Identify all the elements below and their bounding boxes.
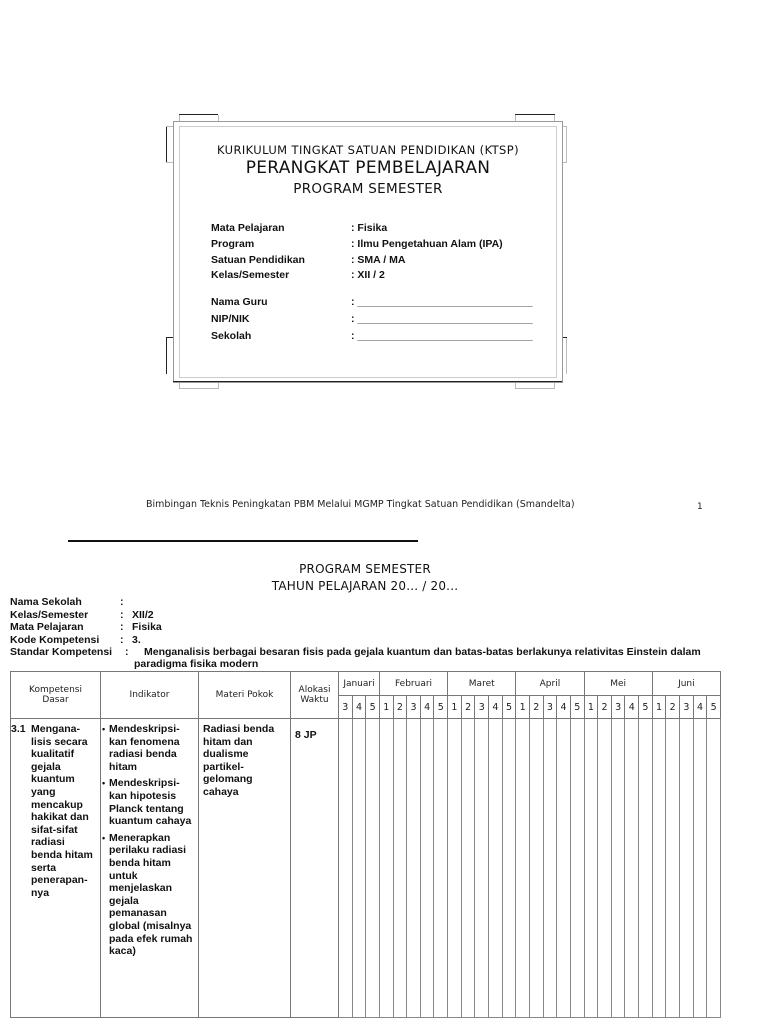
indikator-item: •Menerapkan perilaku radiasi benda hitam… xyxy=(103,832,196,958)
field-label: Program xyxy=(211,238,254,250)
schedule-cell[interactable] xyxy=(707,719,721,1018)
week-header: 1 xyxy=(448,696,462,719)
schedule-cell[interactable] xyxy=(584,719,598,1018)
week-header: 4 xyxy=(352,696,366,719)
alokasi-waktu-cell: 8 JP xyxy=(291,719,339,1018)
field-value-blank: : ______________________________ xyxy=(351,313,533,325)
indikator-item: •Mendeskripsi-kan fenomena radiasi benda… xyxy=(103,723,196,773)
month-header-mei: Mei xyxy=(584,672,652,696)
field-value: : Ilmu Pengetahuan Alam (IPA) xyxy=(351,238,503,250)
schedule-cell[interactable] xyxy=(652,719,666,1018)
section-divider xyxy=(68,540,418,542)
schedule-cell[interactable] xyxy=(625,719,639,1018)
schedule-cell[interactable] xyxy=(693,719,707,1018)
month-header-januari: Januari xyxy=(339,672,380,696)
schedule-cell[interactable] xyxy=(680,719,694,1018)
schedule-cell[interactable] xyxy=(475,719,489,1018)
schedule-cell[interactable] xyxy=(420,719,434,1018)
schedule-cell[interactable] xyxy=(639,719,653,1018)
week-header: 4 xyxy=(557,696,571,719)
kd-text: Mengana-lisis secara kualitatif gejala k… xyxy=(31,723,98,899)
field-label: Kelas/Semester xyxy=(211,269,289,281)
schedule-cell[interactable] xyxy=(366,719,380,1018)
week-header: 2 xyxy=(666,696,680,719)
week-header: 5 xyxy=(434,696,448,719)
week-header: 3 xyxy=(611,696,625,719)
schedule-cell[interactable] xyxy=(543,719,557,1018)
schedule-cell[interactable] xyxy=(489,719,503,1018)
meta-value: XII/2 xyxy=(132,609,154,621)
bullet-icon: • xyxy=(102,777,105,790)
month-header-april: April xyxy=(516,672,584,696)
cover-main-title: PERANGKAT PEMBELAJARAN xyxy=(173,158,563,178)
meta-colon: : xyxy=(125,646,129,658)
field-value-blank: : ______________________________ xyxy=(351,330,533,342)
field-value: : Fisika xyxy=(351,222,387,234)
week-header: 1 xyxy=(652,696,666,719)
header-kompetensi-dasar: Kompetensi Dasar xyxy=(11,672,101,719)
meta-label: Mata Pelajaran xyxy=(10,621,84,633)
month-header-juni: Juni xyxy=(652,672,720,696)
month-header-februari: Februari xyxy=(379,672,447,696)
bullet-icon: • xyxy=(102,832,105,845)
week-header: 5 xyxy=(502,696,516,719)
meta-colon: : xyxy=(120,609,124,621)
indikator-text: Menerapkan perilaku radiasi benda hitam … xyxy=(109,832,192,957)
month-header-row: Kompetensi Dasar Indikator Materi Pokok … xyxy=(11,672,721,696)
meta-value: Fisika xyxy=(132,621,162,633)
week-header: 1 xyxy=(584,696,598,719)
cover-subtitle: PROGRAM SEMESTER xyxy=(173,181,563,197)
week-header: 4 xyxy=(625,696,639,719)
header-materi-pokok: Materi Pokok xyxy=(199,672,291,719)
meta-label: Kode Kompetensi xyxy=(10,634,99,646)
meta-colon: : xyxy=(120,596,124,608)
week-header: 5 xyxy=(639,696,653,719)
week-header: 2 xyxy=(393,696,407,719)
page-number: 1 xyxy=(697,502,703,512)
meta-label: Standar Kompetensi xyxy=(10,646,112,658)
field-label: Nama Guru xyxy=(211,296,268,308)
indikator-item: •Mendeskripsi-kan hipotesis Planck tenta… xyxy=(103,777,196,827)
kompetensi-dasar-cell: 3.1 Mengana-lisis secara kualitatif geja… xyxy=(11,719,101,1018)
program-semester-title: PROGRAM SEMESTER xyxy=(0,562,730,576)
schedule-cell[interactable] xyxy=(611,719,625,1018)
field-value: : SMA / MA xyxy=(351,254,405,266)
schedule-cell[interactable] xyxy=(666,719,680,1018)
field-value: : XII / 2 xyxy=(351,269,385,281)
materi-pokok-cell: Radiasi benda hitam dan dualisme partike… xyxy=(199,719,291,1018)
schedule-cell[interactable] xyxy=(407,719,421,1018)
header-alokasi-waktu: Alokasi Waktu xyxy=(291,672,339,719)
indikator-text: Mendeskripsi-kan fenomena radiasi benda … xyxy=(109,723,180,773)
week-header: 3 xyxy=(339,696,353,719)
indikator-cell: •Mendeskripsi-kan fenomena radiasi benda… xyxy=(101,719,199,1018)
schedule-cell[interactable] xyxy=(529,719,543,1018)
field-label: Satuan Pendidikan xyxy=(211,254,305,266)
schedule-cell[interactable] xyxy=(434,719,448,1018)
meta-label: Kelas/Semester xyxy=(10,609,88,621)
table-row: 3.1 Mengana-lisis secara kualitatif geja… xyxy=(11,719,721,1018)
field-label: Sekolah xyxy=(211,330,251,342)
schedule-cell[interactable] xyxy=(379,719,393,1018)
field-value-blank: : ______________________________ xyxy=(351,296,533,308)
page-footer-text: Bimbingan Teknis Peningkatan PBM Melalui… xyxy=(146,499,575,510)
week-header: 5 xyxy=(570,696,584,719)
meta-label: Nama Sekolah xyxy=(10,596,82,608)
week-header: 5 xyxy=(366,696,380,719)
week-header: 3 xyxy=(407,696,421,719)
week-header: 5 xyxy=(707,696,721,719)
schedule-cell[interactable] xyxy=(461,719,475,1018)
week-header: 3 xyxy=(680,696,694,719)
meta-value-continued: paradigma fisika modern xyxy=(134,658,258,670)
schedule-cell[interactable] xyxy=(339,719,353,1018)
schedule-cell[interactable] xyxy=(557,719,571,1018)
cover-curriculum-title: KURIKULUM TINGKAT SATUAN PENDIDIKAN (KTS… xyxy=(173,143,563,157)
week-header: 4 xyxy=(489,696,503,719)
meta-colon: : xyxy=(120,634,124,646)
field-label: NIP/NIK xyxy=(211,313,250,325)
week-header: 4 xyxy=(420,696,434,719)
week-header: 1 xyxy=(516,696,530,719)
week-header: 3 xyxy=(543,696,557,719)
week-header: 3 xyxy=(475,696,489,719)
week-header: 2 xyxy=(598,696,612,719)
month-header-maret: Maret xyxy=(448,672,516,696)
schedule-cell[interactable] xyxy=(598,719,612,1018)
field-label: Mata Pelajaran xyxy=(211,222,285,234)
academic-year-title: TAHUN PELAJARAN 20... / 20... xyxy=(0,579,730,593)
week-header: 2 xyxy=(461,696,475,719)
bullet-icon: • xyxy=(102,723,105,736)
week-header: 2 xyxy=(529,696,543,719)
schedule-cell[interactable] xyxy=(516,719,530,1018)
indikator-text: Mendeskripsi-kan hipotesis Planck tentan… xyxy=(109,777,191,827)
meta-value: 3. xyxy=(132,634,141,646)
week-header: 4 xyxy=(693,696,707,719)
week-header: 1 xyxy=(379,696,393,719)
schedule-cell[interactable] xyxy=(448,719,462,1018)
header-indikator: Indikator xyxy=(101,672,199,719)
meta-colon: : xyxy=(120,621,124,633)
schedule-cell[interactable] xyxy=(393,719,407,1018)
program-semester-table: Kompetensi Dasar Indikator Materi Pokok … xyxy=(10,671,721,1018)
schedule-cell[interactable] xyxy=(352,719,366,1018)
schedule-cell[interactable] xyxy=(570,719,584,1018)
schedule-cell[interactable] xyxy=(502,719,516,1018)
kd-number: 3.1 xyxy=(11,723,31,736)
meta-value: Menganalisis berbagai besaran fisis pada… xyxy=(144,646,701,658)
